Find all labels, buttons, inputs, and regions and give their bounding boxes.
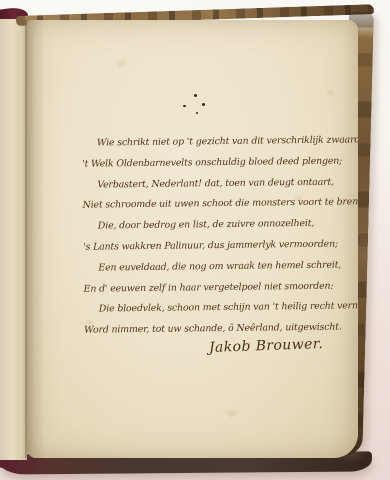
poem-line: Wie schrikt niet op 't gezicht van dit v… [97, 130, 358, 154]
manuscript-page: Wie schrikt niet op 't gezicht van dit v… [27, 20, 358, 458]
ink-dot [194, 94, 197, 97]
gutter-shadow [25, 20, 45, 458]
signature: Jakob Brouwer. [209, 336, 324, 356]
ink-dot [202, 103, 205, 106]
ink-dot [196, 112, 198, 114]
foxing-spot [117, 60, 126, 67]
poem-line: Een euveldaad, die nog om wraak ten heme… [98, 255, 358, 279]
handwritten-poem: Wie schrikt niet op 't gezicht van dit v… [82, 130, 358, 341]
foxing-spot [327, 90, 333, 95]
left-page-sliver [0, 19, 27, 460]
foxing-spot [227, 410, 237, 417]
ink-dot [183, 105, 186, 107]
poem-line: Niet schroomde uit uwen schoot die monst… [83, 193, 358, 217]
poem-line: 't Welk Oldenbarnevelts onschuldig bloed… [82, 151, 358, 175]
photo-backdrop: Wie schrikt niet op 't gezicht van dit v… [0, 0, 390, 480]
